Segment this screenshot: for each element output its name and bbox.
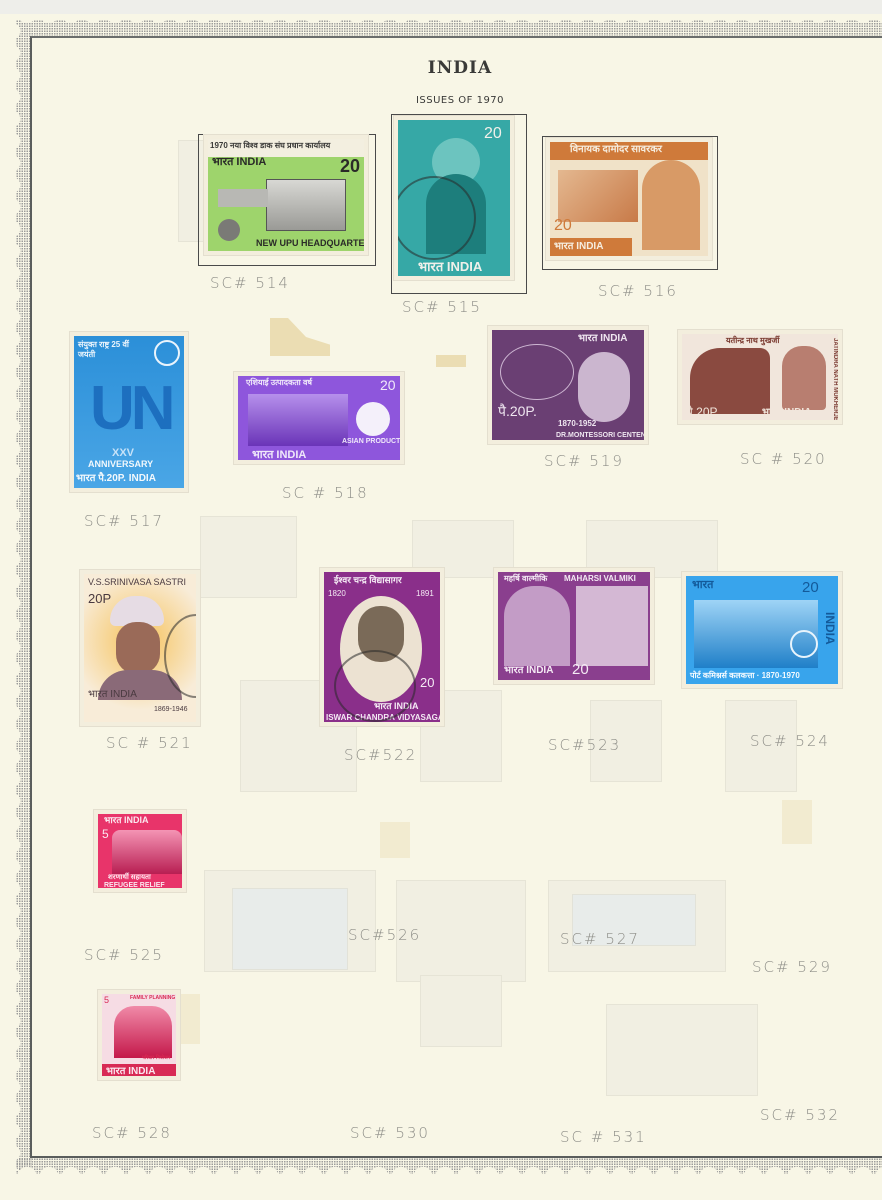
port-commissioners-emblem <box>790 630 818 658</box>
stamp-sc517[interactable]: संयुक्त राष्ट्र 25 वीं जयंती UN XXV ANNI… <box>70 332 188 492</box>
family-illustration <box>114 1006 172 1058</box>
catalog-label-sc532: SC# 532 <box>760 1106 840 1124</box>
scallop-edge-top <box>16 14 882 24</box>
ramayana-figures <box>576 586 648 666</box>
un-emblem-icon <box>154 340 180 366</box>
catalog-label-sc524: SC# 524 <box>750 732 830 750</box>
catalog-label-sc529: SC# 529 <box>752 958 832 976</box>
building-illustration <box>266 179 346 231</box>
catalog-label-sc514: SC# 514 <box>210 274 290 292</box>
upu-emblem-icon <box>218 219 240 241</box>
jatindra-portrait <box>782 346 826 410</box>
page-subtitle: ISSUES OF 1970 <box>0 95 882 106</box>
ghost-space <box>200 516 297 598</box>
catalog-label-sc530: SC# 530 <box>350 1124 430 1142</box>
factory-farm-illustration <box>248 394 348 446</box>
education-year-emblem <box>500 344 574 400</box>
stamp-sc519[interactable]: भारत INDIA पै.20P. 1870-1952 DR.MONTESSO… <box>488 326 648 444</box>
catalog-label-sc516: SC# 516 <box>598 282 678 300</box>
savarkar-portrait <box>642 160 700 250</box>
scallop-edge-bottom <box>16 1166 882 1176</box>
stamp-sc518[interactable]: एशियाई उत्पादकता वर्ष 20 ASIAN PRODUCTIV… <box>234 372 404 464</box>
stamp-sc515[interactable]: 20 SHER SHAH SURI-15th CENTURY भारत INDI… <box>394 116 514 280</box>
sastri-portrait <box>116 622 160 674</box>
catalog-label-sc525: SC# 525 <box>84 946 164 964</box>
ghost-space <box>420 975 502 1047</box>
stamp-sc523[interactable]: महर्षि वाल्मीकि MAHARSI VALMIKI 20 भारत … <box>494 568 654 684</box>
valmiki-illustration <box>504 586 570 666</box>
catalog-label-sc526: SC#526 <box>348 926 421 944</box>
refugees-illustration <box>112 830 182 874</box>
catalog-label-sc528: SC# 528 <box>92 1124 172 1142</box>
stamp-sc521[interactable]: V.S.SRINIVASA SASTRI 20P भारत INDIA 1869… <box>80 570 200 726</box>
catalog-label-sc517: SC# 517 <box>84 512 164 530</box>
page-title: INDIA <box>0 58 882 78</box>
stamp-sc520[interactable]: यतीन्द्र नाथ मुखर्जी JATINDRA NATH MUKHE… <box>678 330 842 424</box>
postmark <box>334 650 416 722</box>
montessori-portrait <box>578 352 630 422</box>
stamp-sc524[interactable]: भारत 20 INDIA पोर्ट कमिश्नर्स कलकत्ता · … <box>682 572 842 688</box>
catalog-label-sc515: SC# 515 <box>402 298 482 316</box>
hinge-remnant <box>178 994 200 1044</box>
catalog-label-sc522: SC#522 <box>344 746 417 764</box>
stamp-sc514[interactable]: 1970 नया विश्व डाक संघ प्रधान कार्यालय भ… <box>204 135 368 255</box>
scan-top-edge <box>0 0 882 15</box>
hinge-remnant <box>782 800 812 844</box>
hinge-remnant <box>436 355 466 367</box>
arrow-circle-icon <box>356 402 390 436</box>
hinge-remnant <box>380 822 410 858</box>
catalog-label-sc518: SC # 518 <box>282 484 369 502</box>
stamp-sc516[interactable]: विनायक दामोदर सावरकर 20 भारत INDIA <box>546 138 712 260</box>
catalog-label-sc519: SC# 519 <box>544 452 624 470</box>
ghost-image <box>232 888 348 970</box>
catalog-label-sc520: SC # 520 <box>740 450 827 468</box>
catalog-label-sc527: SC# 527 <box>560 930 640 948</box>
catalog-label-sc531: SC # 531 <box>560 1128 647 1146</box>
catalog-label-sc523: SC#523 <box>548 736 621 754</box>
scallop-edge-left <box>12 20 22 1170</box>
stamp-sc528[interactable]: 5 FAMILY PLANNING परिवार नियोजन भारत IND… <box>98 990 180 1080</box>
stamp-sc525[interactable]: भारत INDIA 5 शरणार्थी सहायता REFUGEE REL… <box>94 810 186 892</box>
catalog-label-sc521: SC # 521 <box>106 734 193 752</box>
cellular-jail-illustration <box>558 170 638 222</box>
ghost-space <box>606 1004 758 1096</box>
postmark <box>394 176 476 260</box>
stamp-sc522[interactable]: ईश्वर चन्द्र विद्यासागर 1820 1891 20 भार… <box>320 568 444 726</box>
